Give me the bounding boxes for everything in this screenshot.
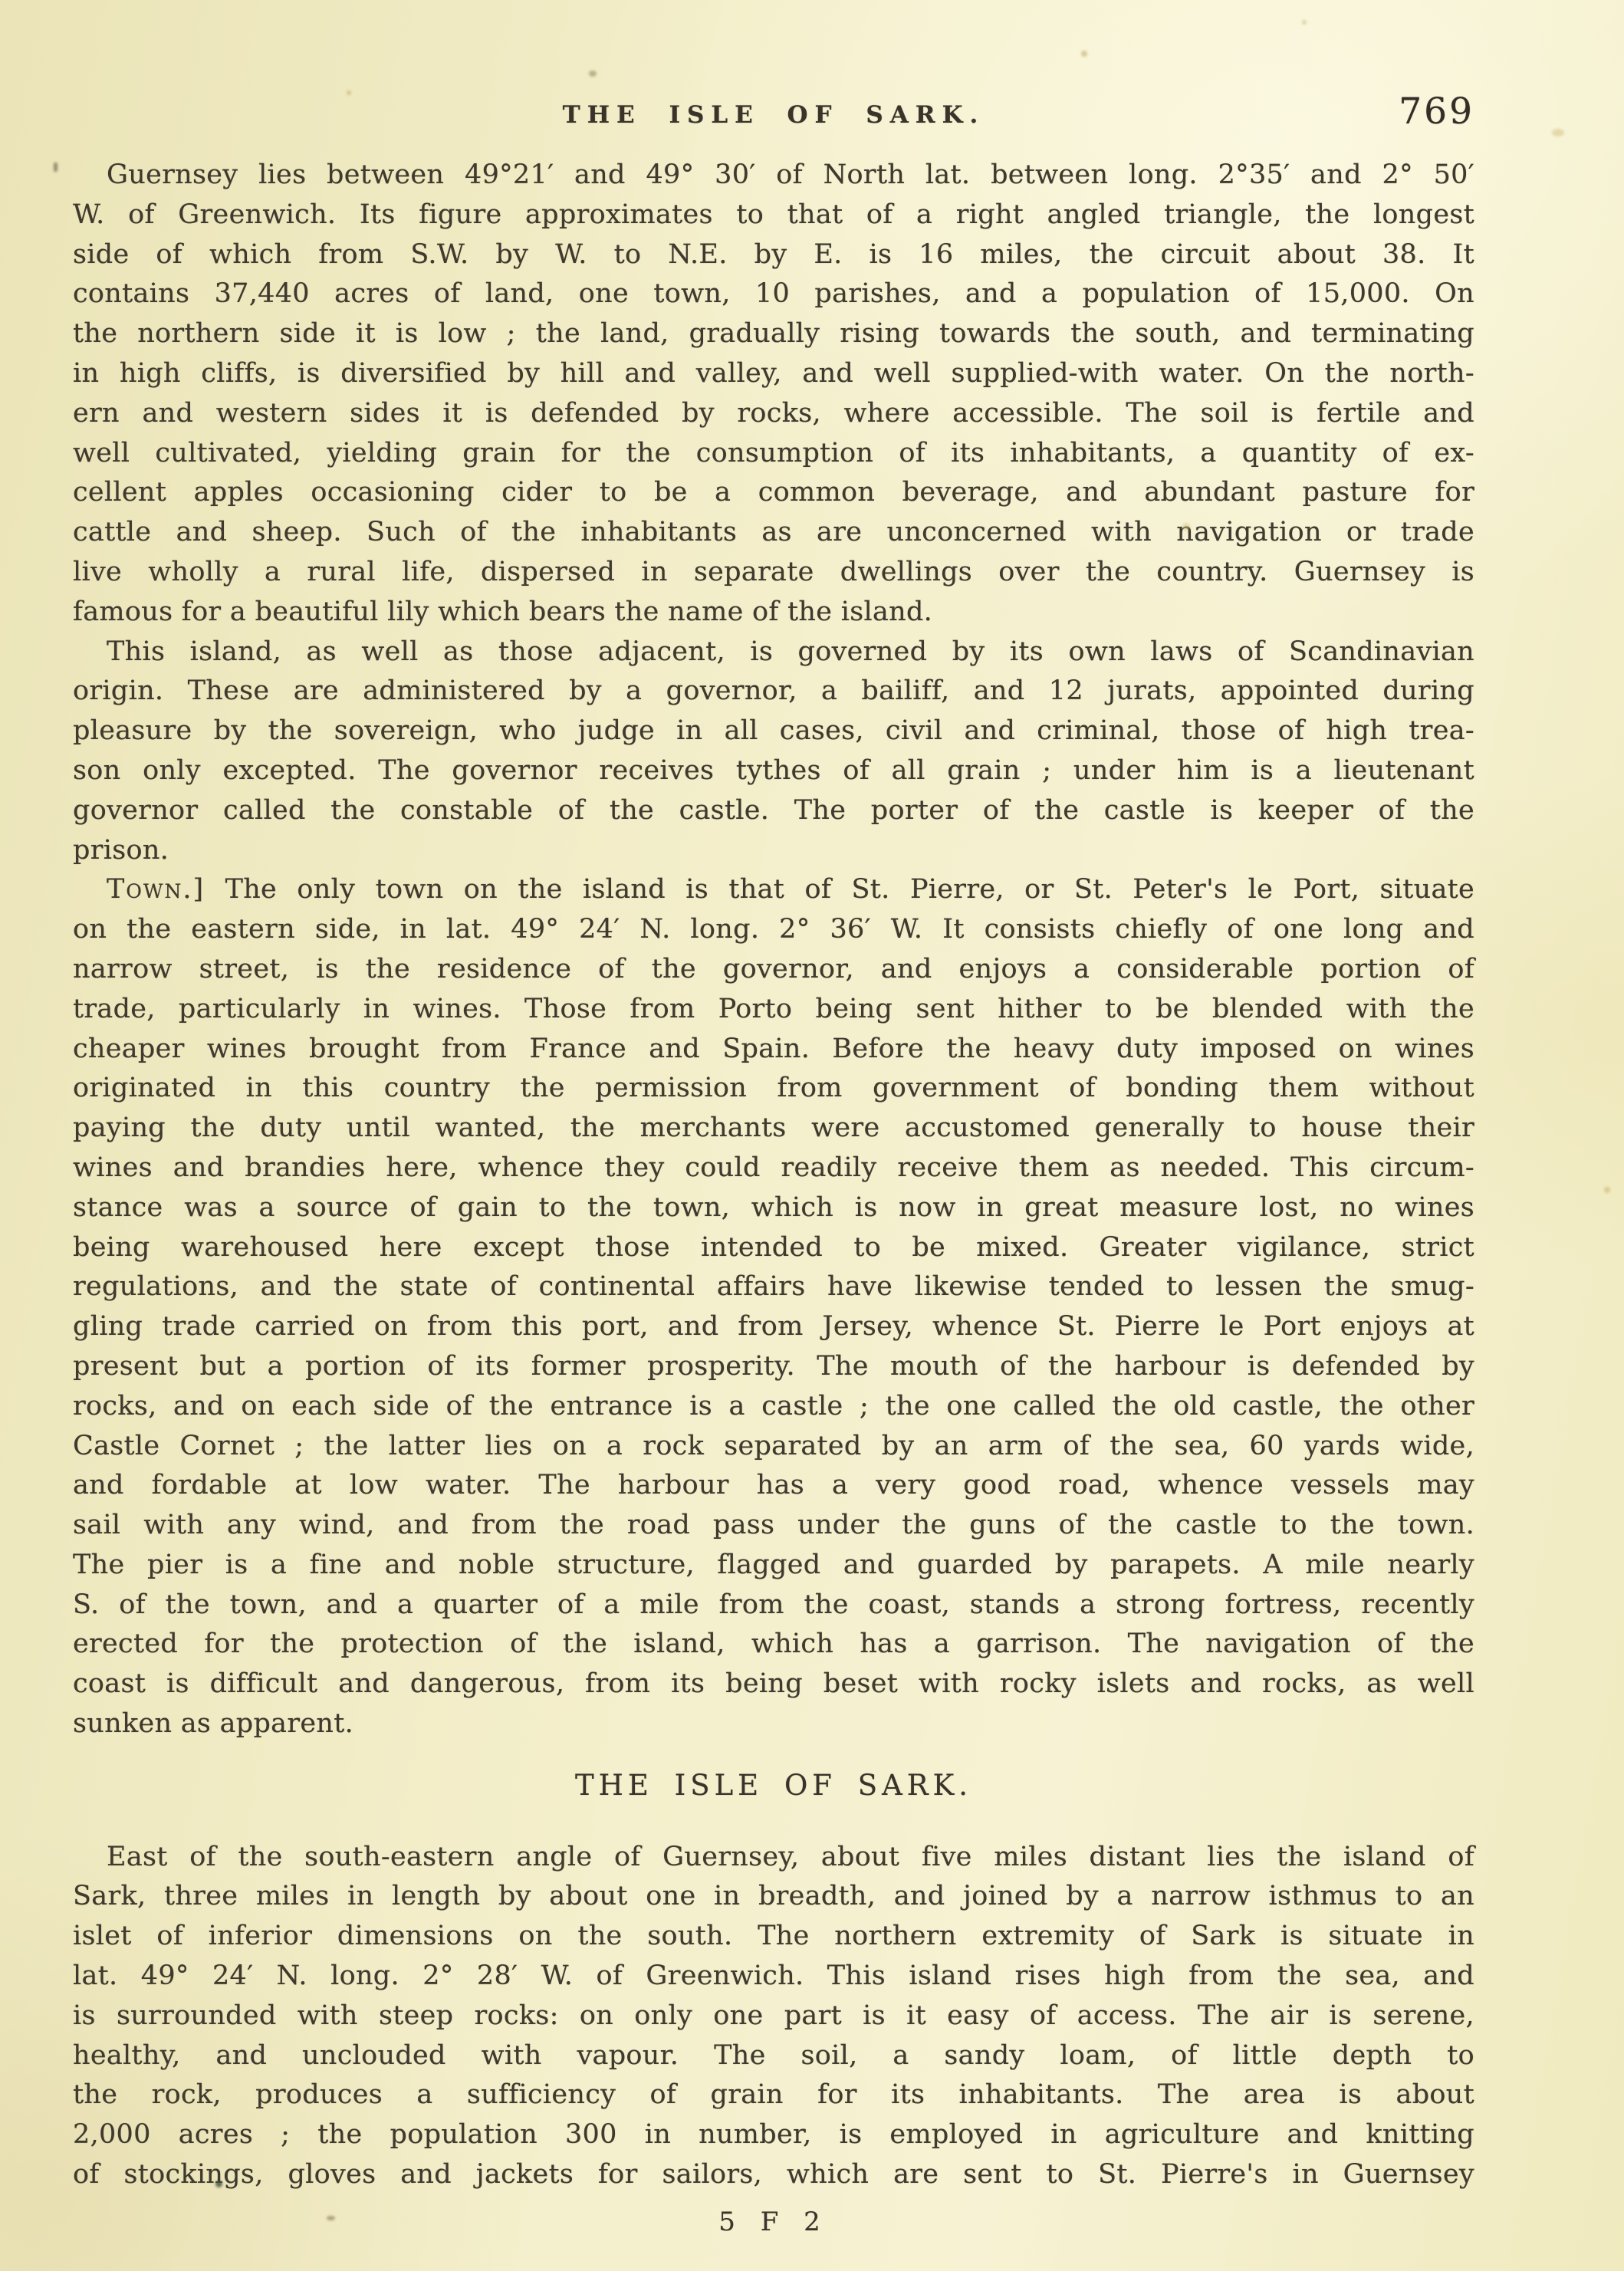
text-line: being warehoused here except those inten… bbox=[73, 1228, 1474, 1268]
text-line: present but a portion of its former pros… bbox=[73, 1347, 1474, 1387]
text-line: This island, as well as those adjacent, … bbox=[73, 633, 1474, 672]
paper-speck bbox=[1604, 1187, 1610, 1193]
text-line: the northern side it is low ; the land, … bbox=[73, 314, 1474, 354]
text-line: narrow street, is the residence of the g… bbox=[73, 950, 1474, 990]
text-line: on the eastern side, in lat. 49° 24′ N. … bbox=[73, 910, 1474, 950]
text-line: contains 37,440 acres of land, one town,… bbox=[73, 274, 1474, 314]
section-heading: THE ISLE OF SARK. bbox=[73, 1766, 1474, 1806]
paragraph-guernsey-position: Guernsey lies between 49°21′ and 49° 30′… bbox=[73, 156, 1474, 633]
text-line: sunken as apparent. bbox=[73, 1704, 1474, 1744]
text-line: stance was a source of gain to the town,… bbox=[73, 1188, 1474, 1228]
text-line: prison. bbox=[73, 831, 1474, 871]
text-line: gling trade carried on from this port, a… bbox=[73, 1307, 1474, 1347]
text-line: islet of inferior dimensions on the sout… bbox=[73, 1917, 1474, 1957]
text-line: sail with any wind, and from the road pa… bbox=[73, 1506, 1474, 1546]
text-line: The pier is a fine and noble structure, … bbox=[73, 1546, 1474, 1586]
text-line: cattle and sheep. Such of the inhabitant… bbox=[73, 513, 1474, 553]
paragraph-guernsey-government: This island, as well as those adjacent, … bbox=[73, 633, 1474, 871]
running-header-title: THE ISLE OF SARK. bbox=[73, 101, 1474, 129]
paper-speck bbox=[54, 163, 58, 172]
text-line: cheaper wines brought from France and Sp… bbox=[73, 1030, 1474, 1070]
text-line: coast is difficult and dangerous, from i… bbox=[73, 1665, 1474, 1704]
paragraphs-before-heading: Guernsey lies between 49°21′ and 49° 30′… bbox=[73, 156, 1474, 1744]
text-line: is surrounded with steep rocks: on only … bbox=[73, 1997, 1474, 2036]
paper-speck bbox=[1081, 51, 1087, 57]
text-line: the rock, produces a sufficiency of grai… bbox=[73, 2075, 1474, 2115]
body-text-block: Guernsey lies between 49°21′ and 49° 30′… bbox=[73, 156, 1474, 2243]
book-page: THE ISLE OF SARK. 769 Guernsey lies betw… bbox=[0, 0, 1624, 2271]
text-line: in high cliffs, is diversified by hill a… bbox=[73, 354, 1474, 394]
text-line: well cultivated, yielding grain for the … bbox=[73, 434, 1474, 474]
paragraphs-after-heading: East of the south-eastern angle of Guern… bbox=[73, 1838, 1474, 2195]
text-line: W. of Greenwich. Its figure approximates… bbox=[73, 196, 1474, 235]
text-line: wines and brandies here, whence they cou… bbox=[73, 1149, 1474, 1188]
text-line: paying the duty until wanted, the mercha… bbox=[73, 1109, 1474, 1149]
page-number: 769 bbox=[1399, 90, 1474, 133]
text-line: S. of the town, and a quarter of a mile … bbox=[73, 1586, 1474, 1625]
paragraph-guernsey-town: Town.] The only town on the island is th… bbox=[73, 870, 1474, 1744]
text-line: famous for a beautiful lily which bears … bbox=[73, 593, 1474, 633]
paper-speck bbox=[1182, 523, 1190, 531]
text-line: live wholly a rural life, dispersed in s… bbox=[73, 553, 1474, 593]
text-line: trade, particularly in wines. Those from… bbox=[73, 990, 1474, 1030]
text-line: 2,000 acres ; the population 300 in numb… bbox=[73, 2115, 1474, 2155]
text-line: ern and western sides it is defended by … bbox=[73, 394, 1474, 434]
text-line: East of the south-eastern angle of Guern… bbox=[73, 1838, 1474, 1878]
paper-speck bbox=[589, 71, 597, 77]
paper-speck bbox=[215, 2181, 222, 2187]
text-line: rocks, and on each side of the entrance … bbox=[73, 1387, 1474, 1427]
paper-speck bbox=[1552, 129, 1564, 136]
text-line: originated in this country the permissio… bbox=[73, 1069, 1474, 1109]
paper-speck bbox=[347, 90, 351, 95]
text-line: Town.] The only town on the island is th… bbox=[73, 870, 1474, 910]
text-line: cellent apples occasioning cider to be a… bbox=[73, 473, 1474, 513]
paragraph-sark-description: East of the south-eastern angle of Guern… bbox=[73, 1838, 1474, 2195]
text-line: and fordable at low water. The harbour h… bbox=[73, 1466, 1474, 1506]
text-line: lat. 49° 24′ N. long. 2° 28′ W. of Green… bbox=[73, 1957, 1474, 1997]
printers-signature: 5 F 2 bbox=[73, 2203, 1474, 2243]
text-line: regulations, and the state of continenta… bbox=[73, 1267, 1474, 1307]
text-line: healthy, and unclouded with vapour. The … bbox=[73, 2036, 1474, 2076]
text-line: Castle Cornet ; the latter lies on a roc… bbox=[73, 1427, 1474, 1467]
text-line: side of which from S.W. by W. to N.E. by… bbox=[73, 235, 1474, 275]
running-header: THE ISLE OF SARK. 769 bbox=[73, 90, 1474, 144]
text-line: pleasure by the sovereign, who judge in … bbox=[73, 712, 1474, 751]
text-line: erected for the protection of the island… bbox=[73, 1625, 1474, 1665]
paper-speck bbox=[1302, 20, 1307, 25]
paper-speck bbox=[327, 2216, 335, 2220]
text-line: Guernsey lies between 49°21′ and 49° 30′… bbox=[73, 156, 1474, 196]
text-line: governor called the constable of the cas… bbox=[73, 791, 1474, 831]
text-line: Sark, three miles in length by about one… bbox=[73, 1877, 1474, 1917]
smallcaps-lead: Town.] bbox=[107, 874, 205, 905]
text-line: origin. These are administered by a gove… bbox=[73, 672, 1474, 712]
text-line: son only excepted. The governor receives… bbox=[73, 751, 1474, 791]
text-line: of stockings, gloves and jackets for sai… bbox=[73, 2155, 1474, 2195]
